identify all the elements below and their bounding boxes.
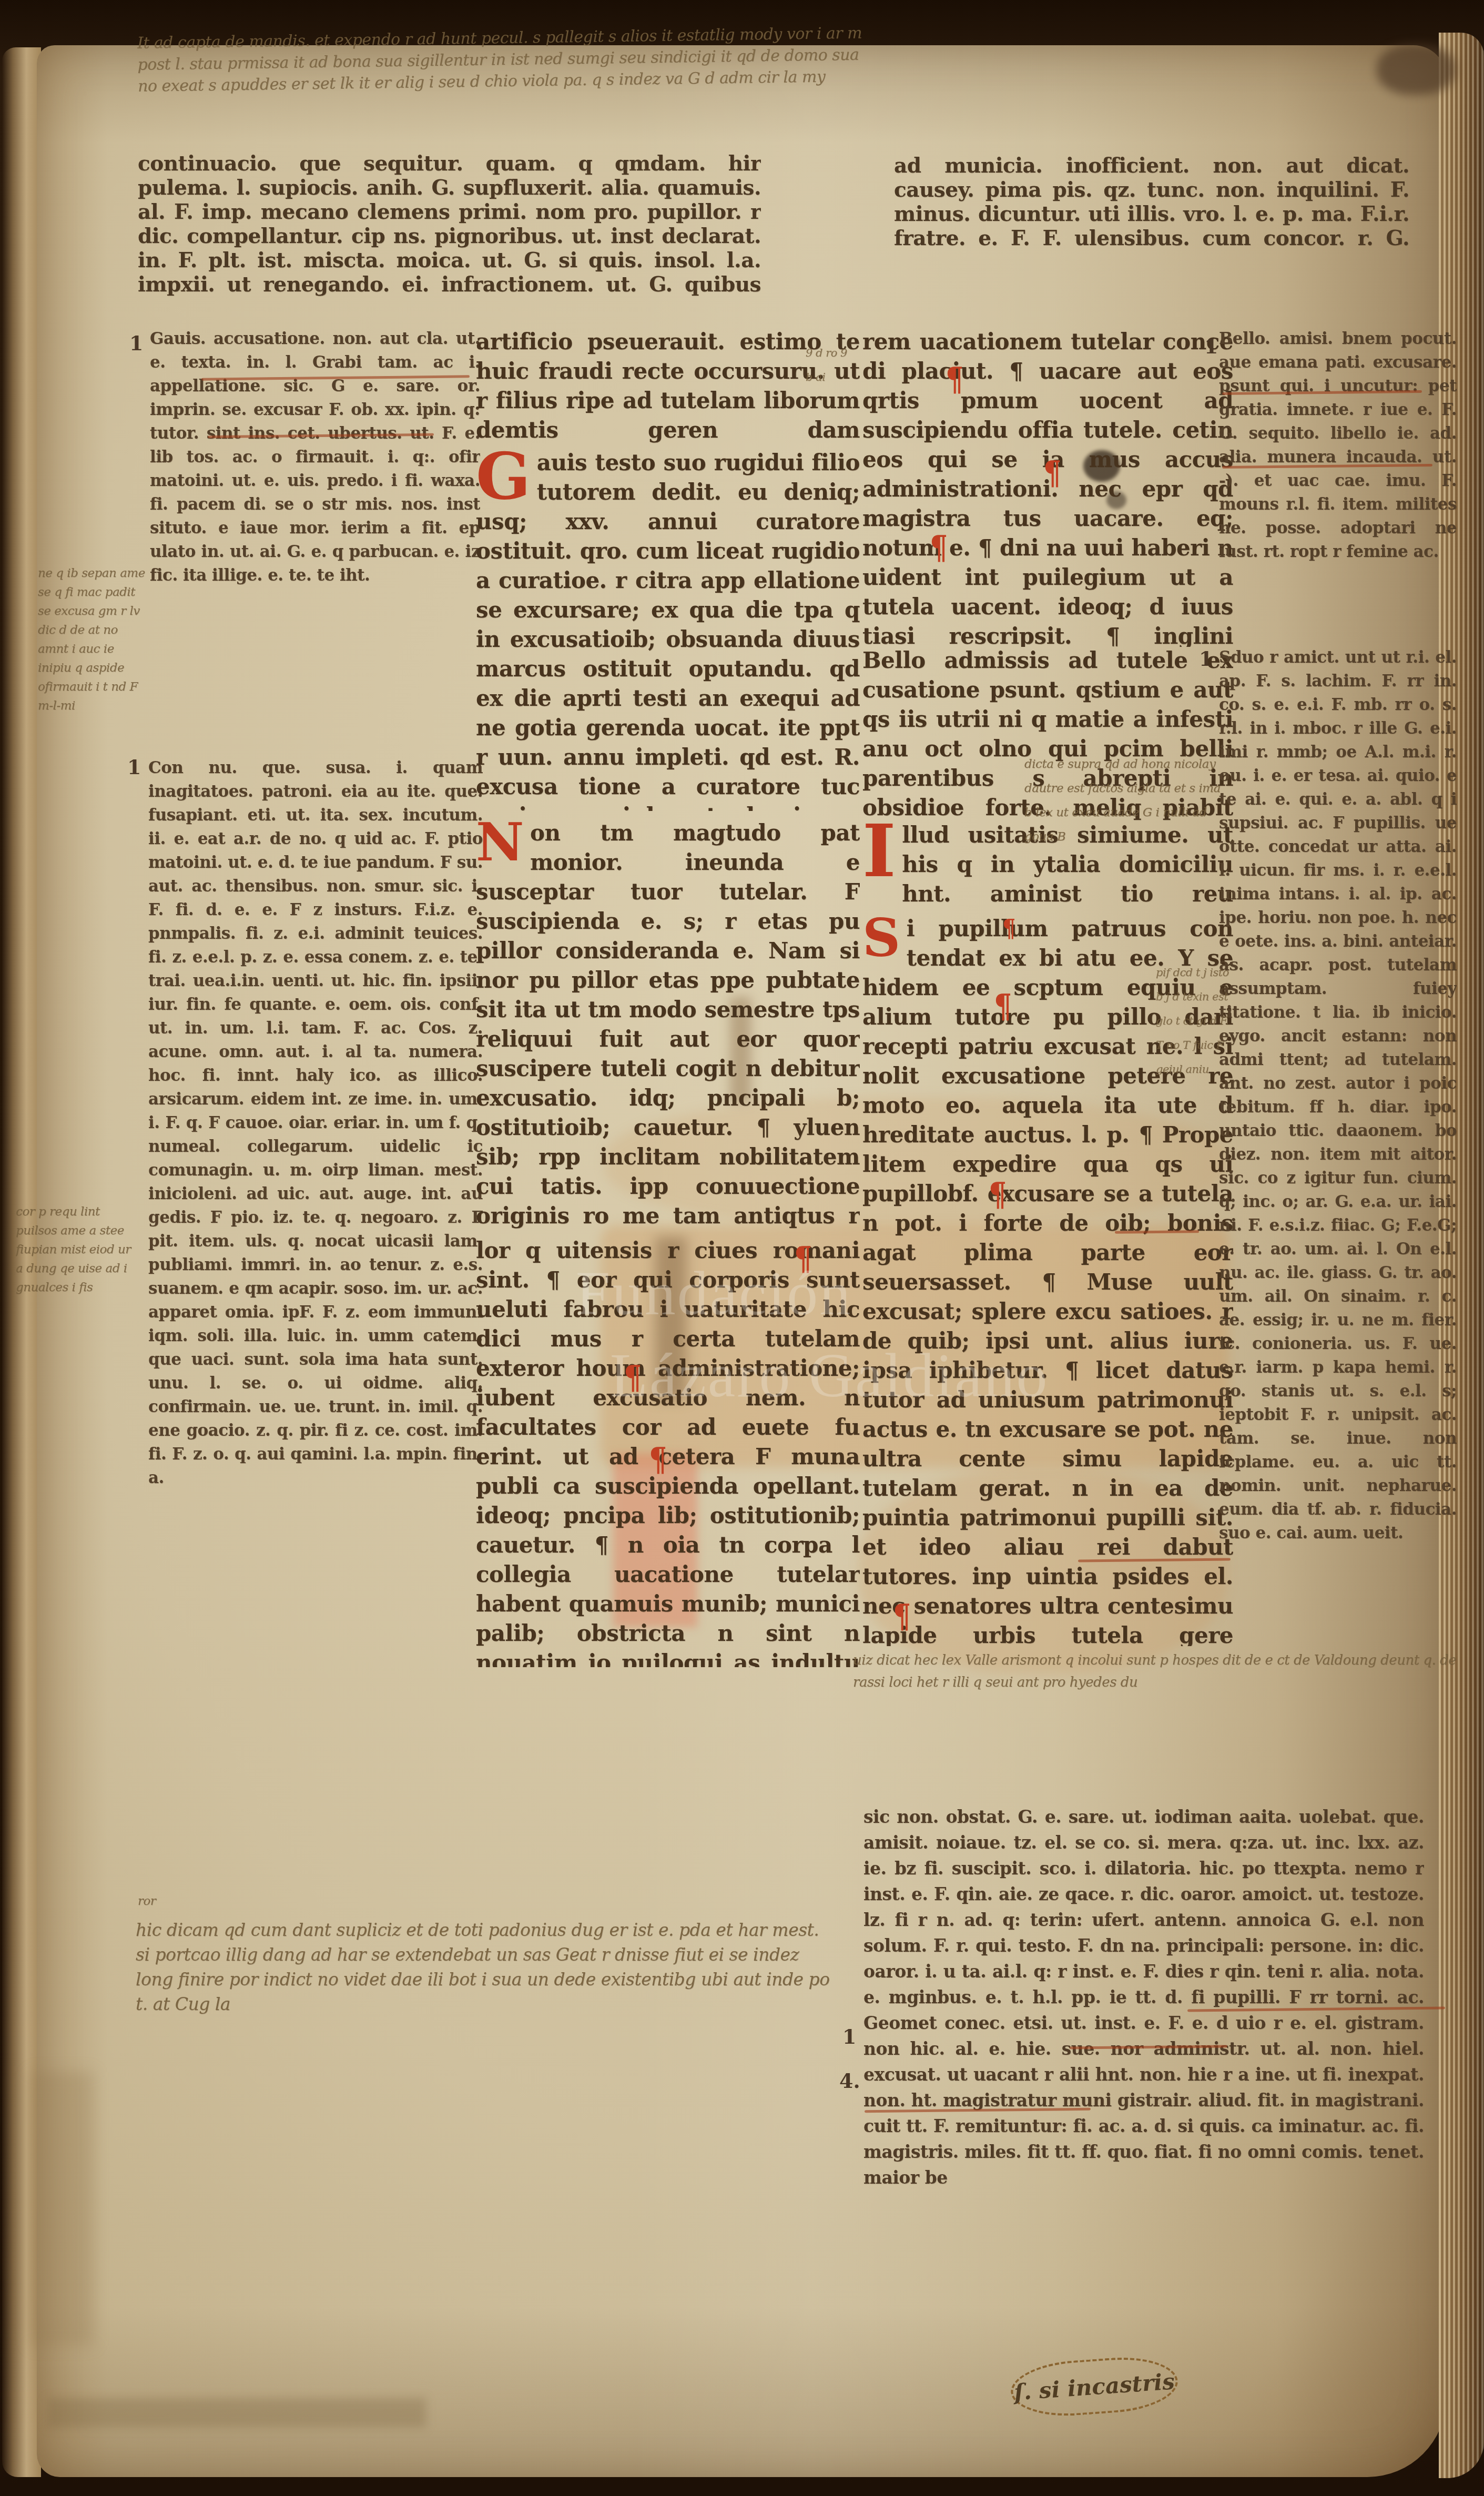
section-number: 1	[1204, 334, 1218, 358]
section-number: 1	[129, 331, 143, 355]
lower-commentary-block: sic non. obstat. G. e. sare. ut. iodiman…	[863, 1804, 1424, 2275]
paraph-mark: ¶	[1043, 453, 1061, 492]
watermark-text-line2: Lázaro Galdiano	[610, 1340, 1049, 1412]
section-number: 1	[1199, 647, 1213, 671]
paraph-mark: ¶	[946, 359, 963, 398]
text-column-left-p2: Gauis testo suo rugidui filio tutorem de…	[476, 448, 860, 811]
paraph-mark: ¶	[994, 986, 1012, 1025]
gloss-column-right-p1: Bello. amisi. bnem pocut. aue emana pati…	[1219, 327, 1457, 635]
top-marginalia-note: It ad capta de mandis. et expendo r ad h…	[137, 22, 875, 141]
gloss-column-right-p2: Sduo r amict. unt ut r.i. el. ap. F. s. …	[1219, 646, 1457, 1792]
text-column-left-p3: Non tm magtudo pat monior. ineunda e sus…	[476, 818, 860, 1234]
text-column-left-p1: artificio pseuerauit. estimo te huic fra…	[476, 327, 860, 448]
gloss-column-left-p1: Gauis. accusatione. non. aut cla. ut. e.…	[150, 327, 480, 643]
intercolumn-gloss-strip: 9 d ro 9 b ai	[806, 341, 854, 451]
catchword-label: ſ. si incastris	[1013, 2368, 1175, 2405]
margin-note-left-1: ne q ib sepan ame se q fi mac padit se e…	[38, 564, 150, 764]
text-column-left-p2-body: auis testo suo rugidui filio tutorem ded…	[476, 450, 860, 811]
paraph-mark: ¶	[649, 1439, 667, 1478]
interlinear-gloss-b-right: dicta e supra qd ad hona nicolay dautre …	[1024, 752, 1227, 978]
rubric-initial-g: G	[476, 451, 531, 501]
paraph-mark: ¶	[1002, 914, 1015, 942]
text-column-left-p3-body: on tm magtudo pat monior. ineunda e susc…	[476, 820, 860, 1234]
margin-note-left-2: cor p requ lint puilsos ame a stee fiupi…	[16, 1202, 138, 1360]
cursive-annotation-bottom: hic dicam qd cum dant supliciz et de tot…	[136, 1917, 835, 2023]
header-paragraph-right: ad municia. inofficient. non. aut dicat.…	[894, 154, 1409, 253]
paraph-mark: ¶	[989, 1174, 1007, 1213]
corner-stain	[1377, 44, 1456, 95]
paraph-mark: ¶	[893, 1596, 911, 1635]
paraph-mark: ¶	[930, 527, 948, 566]
rubric-initial-s: S	[862, 917, 900, 958]
watermark-text-line1: Fundación	[576, 1258, 852, 1330]
rubric-initial-i: I	[862, 824, 896, 879]
section-number: 4.	[839, 2069, 860, 2093]
parchment-crease	[47, 2398, 426, 2428]
parchment-crease	[31, 2072, 94, 2346]
manuscript-scan: { "document_type": "medieval glossed leg…	[0, 0, 1484, 2496]
section-number: 1	[127, 755, 141, 779]
rubric-initial-n: N	[476, 821, 524, 863]
interlinear-gloss-c-strip: pif dcd t j isto b j d texin est glo t c…	[1156, 960, 1235, 1231]
gloss-column-left-p2: Con nu. que. susa. i. quam inagitatoes. …	[148, 756, 483, 1666]
annotation-mark: ror	[138, 1891, 201, 1913]
header-paragraph-left: continuacio. que sequitur. quam. q qmdam…	[138, 151, 761, 300]
section-number: 1	[842, 2025, 856, 2048]
cursive-gloss-mid: uiz dicat hec lex Valle arismont q incol…	[853, 1649, 1458, 1781]
